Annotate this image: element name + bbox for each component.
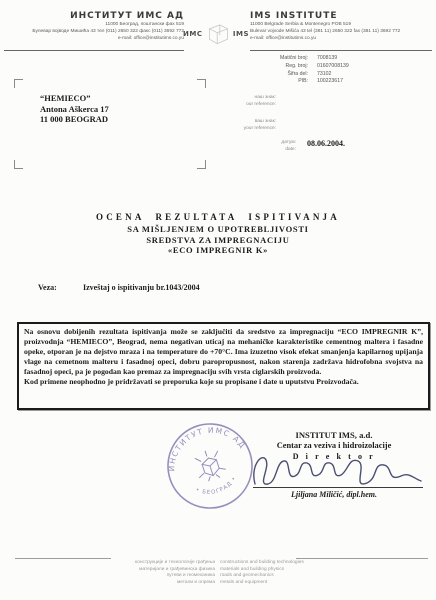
veza-label: Veza: — [38, 283, 57, 292]
header-left-address-line1: 11000 Београд, поштански фах 519 — [0, 22, 184, 29]
institute-name-cyrillic: ИНСТИТУТ ИМС АД — [0, 11, 184, 21]
stamp-cube-icon — [192, 446, 228, 483]
footer-line: метали и опрема — [135, 580, 215, 587]
cube-logo-icon — [203, 12, 231, 56]
registry-value: 73102 — [317, 71, 331, 79]
registry-label: Reg. broj: — [250, 63, 308, 71]
header-right-divider — [250, 50, 432, 51]
registry-value: 7008139 — [317, 55, 337, 63]
registry-row: Reg. broj: 01607008139 — [250, 63, 432, 71]
your-reference-labels: ваш знак: your reference: — [244, 119, 276, 132]
our-reference-labels: наш знак: our reference: — [246, 95, 276, 108]
recipient-address: “HEMIECO” Antona Aškerca 17 11 000 BEOGR… — [40, 93, 109, 125]
scanned-letter-page: ИНСТИТУТ ИМС АД 11000 Београд, поштански… — [0, 0, 436, 600]
header-right-address-line2: Bulevar vojvode Mišića 43 tel (381 11) 2… — [250, 29, 432, 36]
ims-logo: ИМС IMS — [183, 12, 249, 56]
registry-value: 01607008139 — [317, 63, 349, 71]
footer-line: metals and equipment — [220, 580, 304, 587]
footer-line: путеви и геомеханика — [135, 573, 215, 580]
registry-label: Šifra del: — [250, 71, 308, 79]
signature-organization: INSTITUT IMS, a.d. — [240, 430, 428, 440]
header-left-divider — [4, 50, 184, 51]
signatory-name: Ljiljana Miličić, dipl.hem. — [240, 490, 428, 499]
registry-label: PIB: — [250, 78, 308, 86]
institute-name-english: IMS INSTITUTE — [250, 11, 432, 21]
address-window-corner-bottom-right — [197, 160, 206, 169]
logo-text-cyrillic: ИМС — [183, 30, 202, 38]
footer-line: материјали и грађевинска физика — [135, 567, 215, 574]
title-line1: OCENA REZULTATA ISPITIVANJA — [0, 212, 436, 222]
registry-block: Matični broj: 7008139 Reg. broj: 0160700… — [250, 55, 432, 86]
assessment-paragraph-1: Na osnovu dobijenih rezultata ispitivanj… — [24, 327, 423, 377]
assessment-paragraph-2: Kod primene neophodno je pridržavati se … — [24, 377, 423, 387]
assessment-box: Na osnovu dobijenih rezultata ispitivanj… — [17, 322, 430, 410]
document-title: OCENA REZULTATA ISPITIVANJA SA MIŠLJENJE… — [0, 212, 436, 256]
title-line4: «ECO IMPREGNIR K» — [0, 245, 436, 256]
address-window-corner-top-left — [14, 79, 23, 88]
recipient-street: Antona Aškerca 17 — [40, 104, 109, 115]
header-left-address-line2: Булевар војводе Мишића 43 тел (011) 2650… — [0, 29, 184, 36]
registry-label: Matični broj: — [250, 55, 308, 63]
veza-report-reference: Izveštaj o ispitivanju br.1043/2004 — [83, 283, 200, 292]
header-left-block: ИНСТИТУТ ИМС АД 11000 Београд, поштански… — [0, 11, 184, 43]
signature-line — [253, 487, 423, 488]
our-reference-label-sr: наш знак: — [246, 95, 276, 102]
date-labels: датум: date: — [281, 140, 296, 153]
title-line3: SREDSTVA ZA IMPREGNACIJU — [0, 235, 436, 246]
registry-row: PIB: 100223617 — [250, 78, 432, 86]
footer-line: конструкције и технологије грађења — [135, 560, 215, 567]
stamp-bottom-text: • БЕОГРАД • — [193, 474, 241, 501]
footer-right-divider — [296, 558, 428, 559]
date-label-sr: датум: — [281, 140, 296, 147]
date-label-en: date: — [281, 147, 296, 154]
your-reference-label-en: your reference: — [244, 126, 276, 133]
recipient-city: 11 000 BEOGRAD — [40, 114, 109, 125]
footer-left-divider — [15, 558, 111, 559]
address-window-corner-bottom-left — [14, 160, 23, 169]
registry-row: Matični broj: 7008139 — [250, 55, 432, 63]
header-left-email: e-mail: office@institutims.co.yu — [0, 36, 184, 43]
recipient-name: “HEMIECO” — [40, 93, 109, 104]
footer-departments-english: constructions and building technologies … — [220, 560, 304, 587]
header-right-address-line1: 11000 Belgrade Serbia & Montenegro POB 5… — [250, 22, 432, 29]
footer-departments-cyrillic: конструкције и технологије грађења матер… — [135, 560, 215, 587]
registry-row: Šifra del: 73102 — [250, 71, 432, 79]
registry-value: 100223617 — [317, 78, 343, 86]
our-reference-label-en: our reference: — [246, 102, 276, 109]
header-right-email: e-mail: office@institutims.co.yu — [250, 36, 432, 43]
date-value: 08.06.2004. — [307, 139, 345, 148]
title-line2: SA MIŠLJENJEM O UPOTREBLJIVOSTI — [0, 224, 436, 235]
footer-line: constructions and building technologies — [220, 560, 304, 567]
address-window-corner-top-right — [197, 79, 206, 88]
header-right-block: IMS INSTITUTE 11000 Belgrade Serbia & Mo… — [250, 11, 432, 43]
handwritten-signature — [245, 448, 425, 490]
logo-text-latin: IMS — [233, 30, 249, 38]
your-reference-label-sr: ваш знак: — [244, 119, 276, 126]
